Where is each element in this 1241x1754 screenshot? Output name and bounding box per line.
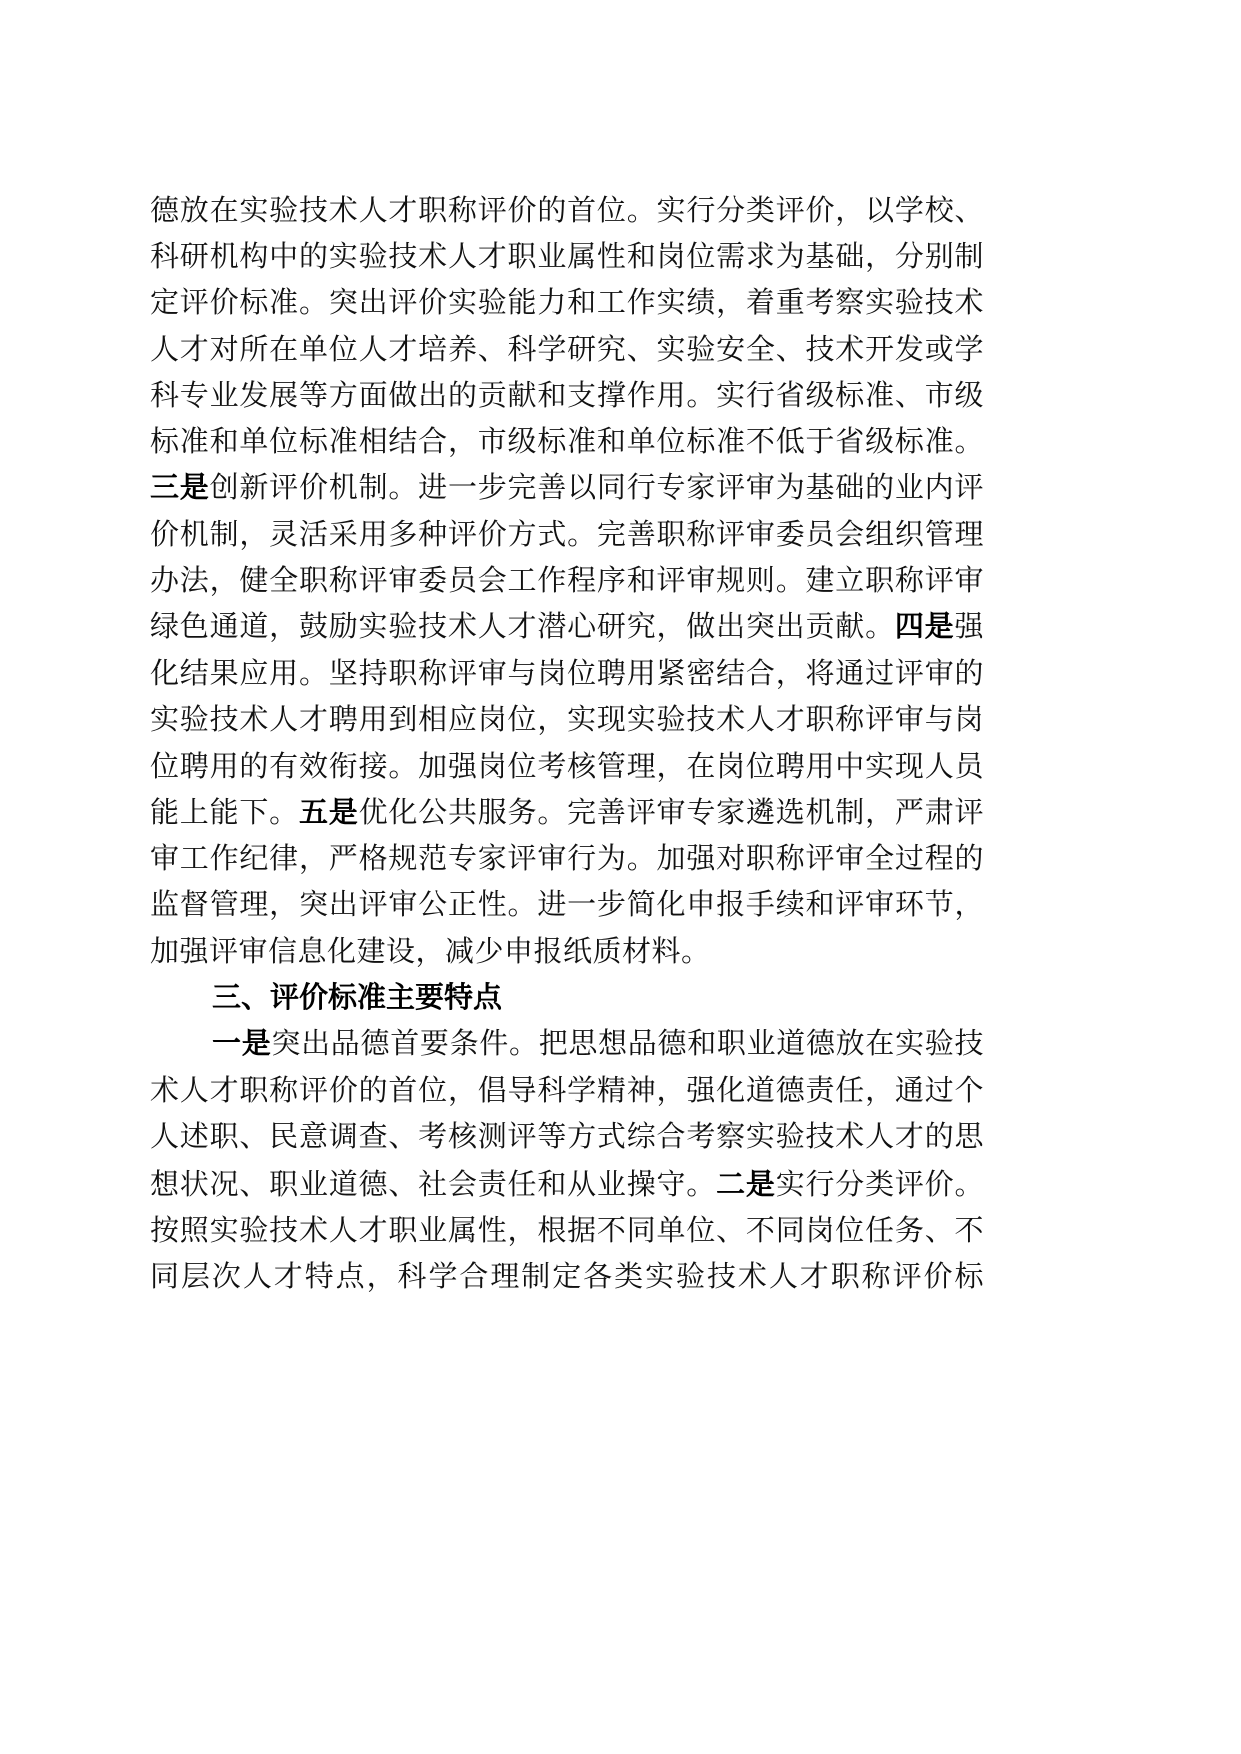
paragraph-line: 三是创新评价机制。进一步完善以同行专家评审为基础的业内评 [150, 469, 984, 505]
paragraph-line: 定评价标准。突出评价实验能力和工作实绩，着重考察实验技术 [150, 284, 984, 320]
paragraph-line: 想状况、职业道德、社会责任和从业操守。二是实行分类评价。 [150, 1166, 984, 1202]
section-heading: 三、评价标准主要特点 [212, 979, 502, 1015]
ordinal-marker: 三是 [150, 470, 210, 504]
paragraph-line: 人才对所在单位人才培养、科学研究、实验安全、技术开发或学 [150, 331, 984, 367]
ordinal-marker: 一是 [212, 1026, 271, 1060]
paragraph-line: 价机制，灵活采用多种评价方式。完善职称评审委员会组织管理 [150, 516, 984, 552]
paragraph-line: 化结果应用。坚持职称评审与岗位聘用紧密结合，将通过评审的 [150, 655, 984, 691]
paragraph-line: 办法，健全职称评审委员会工作程序和评审规则。建立职称评审 [150, 562, 984, 598]
paragraph-line: 绿色通道，鼓励实验技术人才潜心研究，做出突出贡献。四是强 [150, 608, 984, 644]
paragraph-line: 位聘用的有效衔接。加强岗位考核管理，在岗位聘用中实现人员 [150, 748, 984, 784]
paragraph-line: 标准和单位标准相结合，市级标准和单位标准不低于省级标准。 [150, 423, 984, 459]
ordinal-marker: 四是 [895, 609, 955, 643]
paragraph-line: 加强评审信息化建设，减少申报纸质材料。 [150, 933, 984, 969]
ordinal-marker: 二是 [716, 1167, 776, 1201]
paragraph-line: 监督管理，突出评审公正性。进一步简化申报手续和评审环节， [150, 886, 984, 922]
paragraph-line: 一是突出品德首要条件。把思想品德和职业道德放在实验技 [212, 1025, 984, 1061]
paragraph-line: 人述职、民意调查、考核测评等方式综合考察实验技术人才的思 [150, 1118, 984, 1154]
paragraph-line: 科研机构中的实验技术人才职业属性和岗位需求为基础，分别制 [150, 238, 984, 274]
paragraph-line: 审工作纪律，严格规范专家评审行为。加强对职称评审全过程的 [150, 840, 984, 876]
paragraph-line: 德放在实验技术人才职称评价的首位。实行分类评价，以学校、 [150, 192, 984, 228]
paragraph-line: 按照实验技术人才职业属性，根据不同单位、不同岗位任务、不 [150, 1212, 984, 1248]
ordinal-marker: 五是 [299, 795, 359, 829]
paragraph-line: 实验技术人才聘用到相应岗位，实现实验技术人才职称评审与岗 [150, 701, 984, 737]
paragraph-line: 同层次人才特点，科学合理制定各类实验技术人才职称评价标 [150, 1258, 984, 1294]
paragraph-line: 术人才职称评价的首位，倡导科学精神，强化道德责任，通过个 [150, 1072, 984, 1108]
paragraph-line: 能上能下。五是优化公共服务。完善评审专家遴选机制，严肃评 [150, 794, 984, 830]
document-page: 德放在实验技术人才职称评价的首位。实行分类评价，以学校、 科研机构中的实验技术人… [0, 0, 1241, 1754]
paragraph-line: 科专业发展等方面做出的贡献和支撑作用。实行省级标准、市级 [150, 377, 984, 413]
